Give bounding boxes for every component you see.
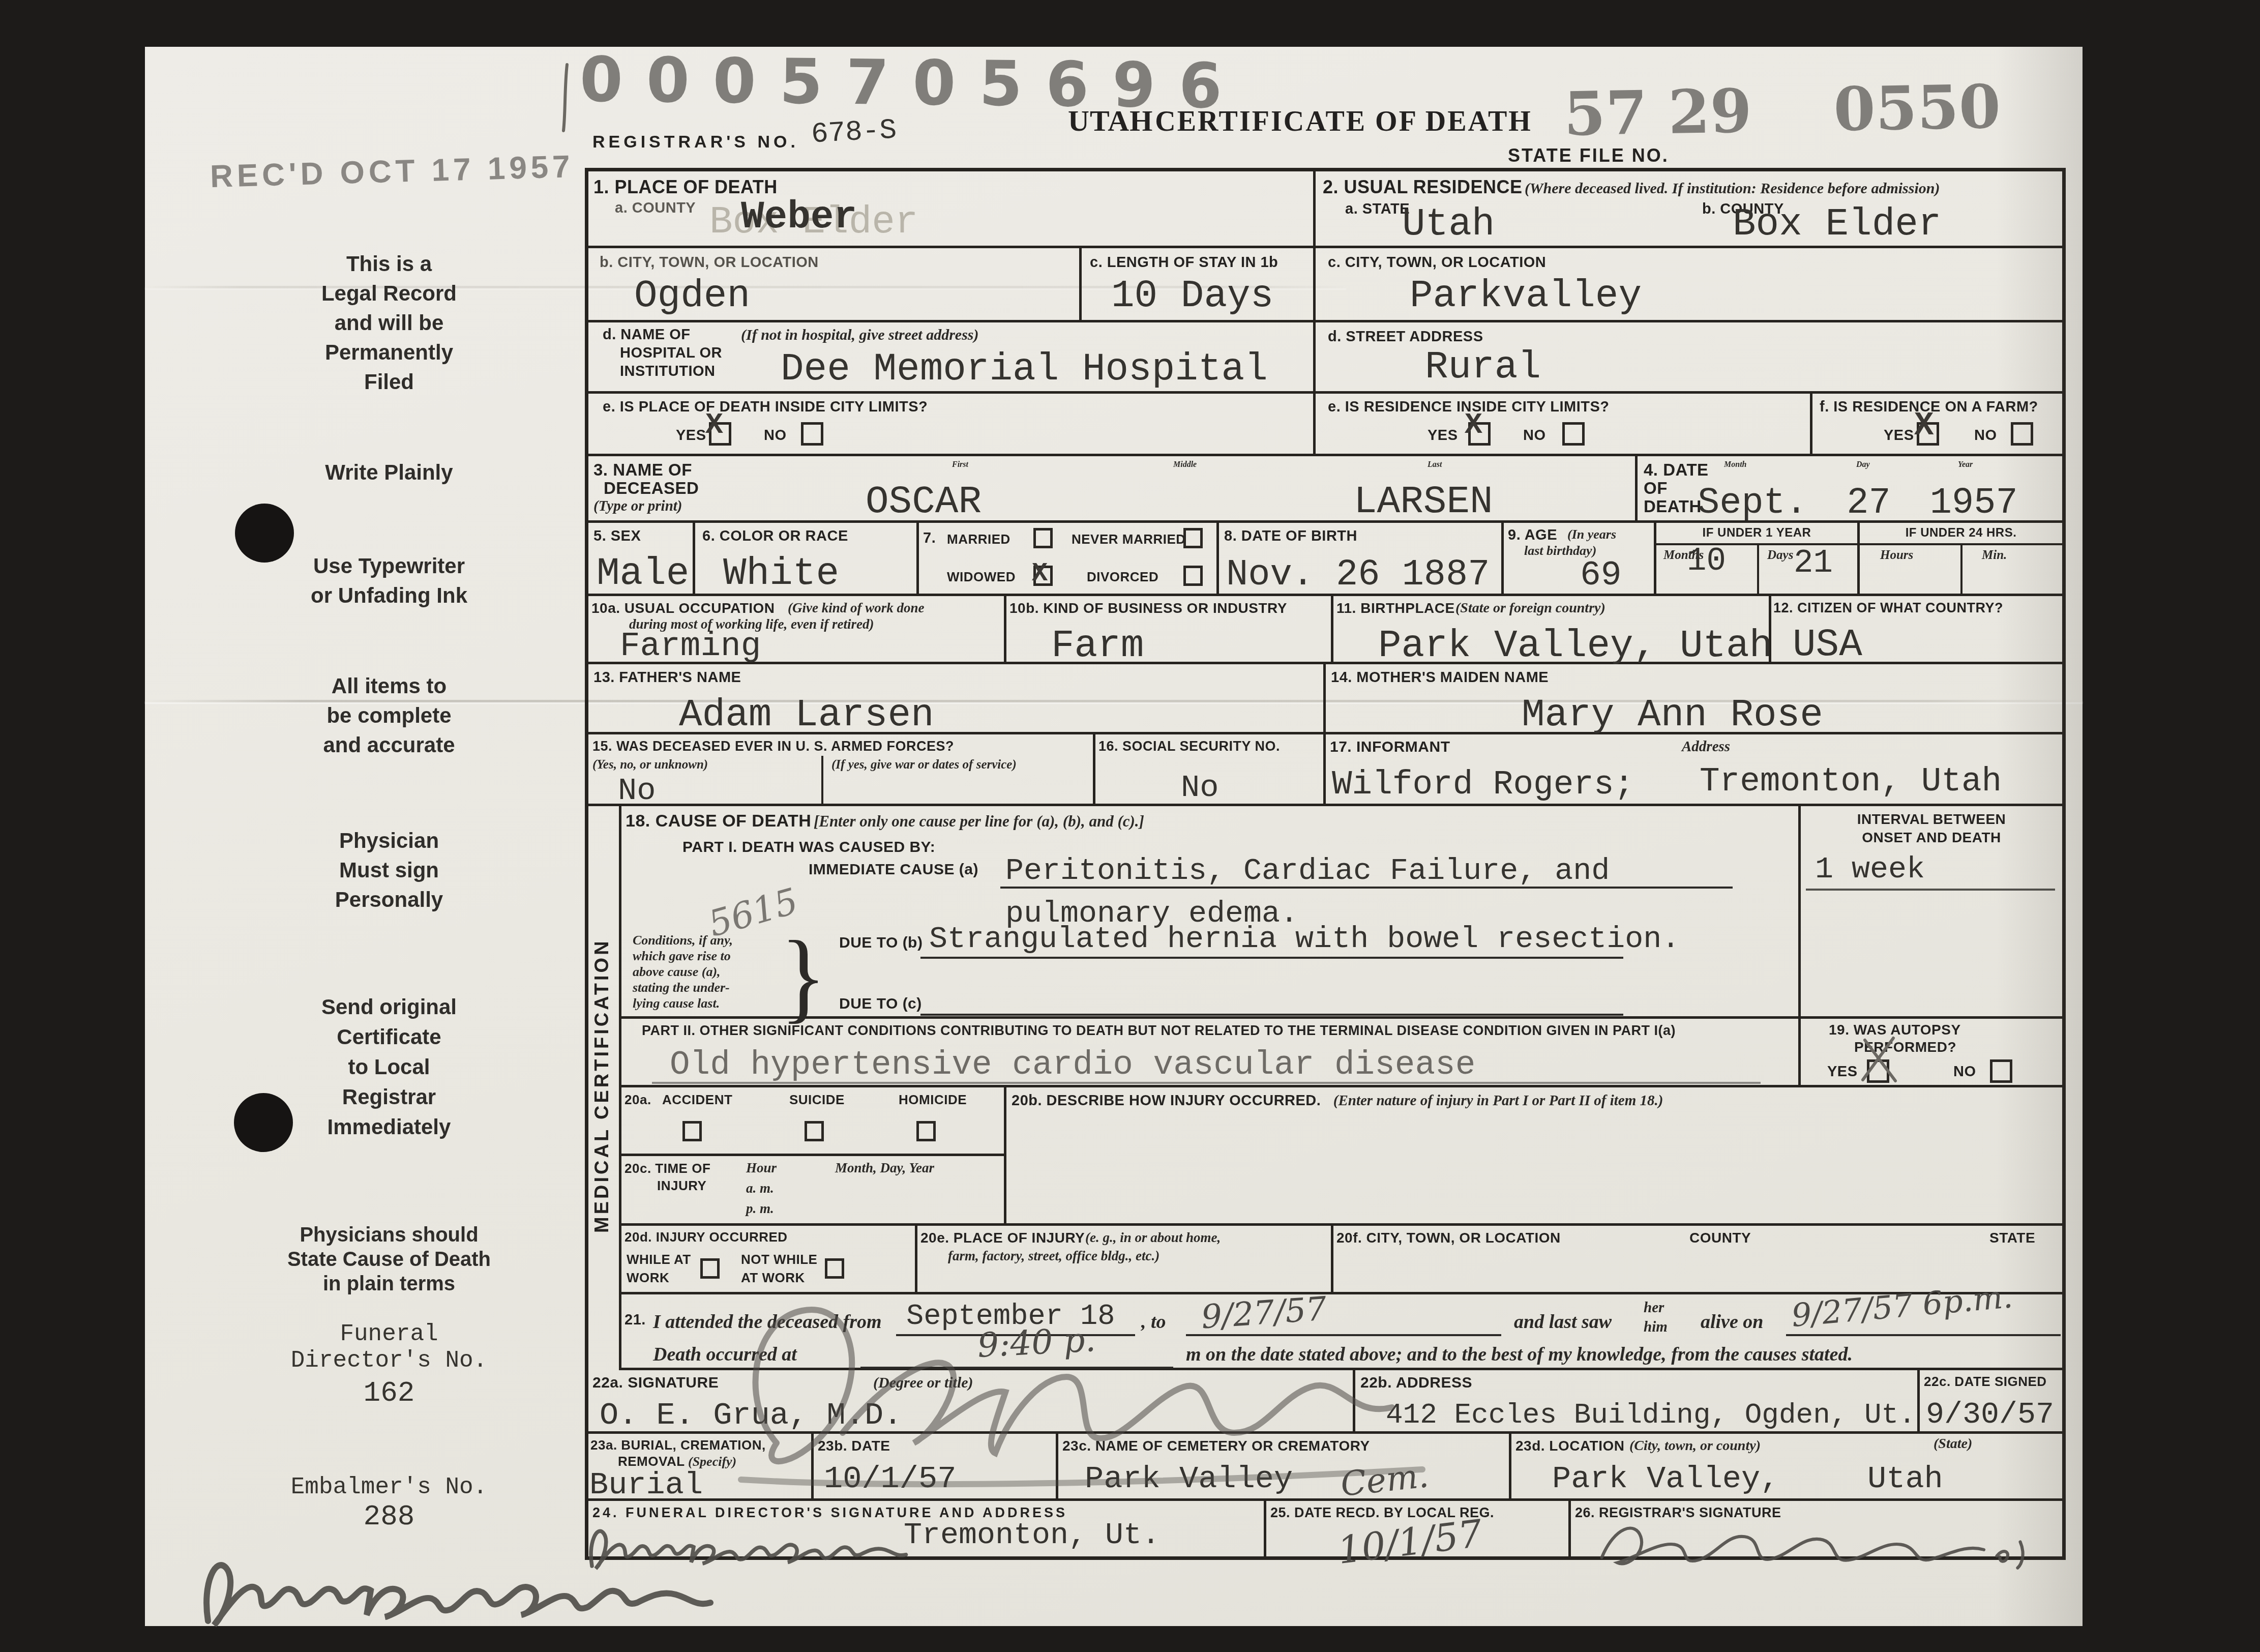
field-2-title-hint: (Where deceased lived. If institution: R…: [1525, 180, 1940, 197]
cell-1c-length-of-stay: c. LENGTH OF STAY IN 1b 10 Days: [1082, 248, 1316, 322]
checkbox-homicide: [916, 1121, 936, 1141]
cell-17-informant: 17. INFORMANT Address Wilford Rogers; Tr…: [1326, 734, 2062, 806]
cell-25-date-received: 25. DATE RECD. BY LOCAL REG. 10/1/57: [1266, 1501, 1571, 1556]
field-1a-county-value: Weber: [741, 198, 857, 237]
field-21-text4: Death occurred at: [653, 1343, 797, 1366]
cell-19-autopsy: 19. WAS AUTOPSY PERFORMED? YES NO: [1801, 1019, 2062, 1087]
first-column-label: First: [952, 460, 968, 469]
cell-8-date-of-birth: 8. DATE OF BIRTH Nov. 26 1887: [1219, 523, 1504, 596]
scanned-death-certificate: 0005705696 REGISTRAR'S NO. 678-S UTAH CE…: [0, 0, 2260, 1652]
state-file-no-label: STATE FILE NO.: [1508, 145, 1669, 166]
field-17-name-value: Wilford Rogers;: [1332, 768, 1634, 802]
field-11-label: 11. BIRTHPLACE: [1336, 600, 1455, 616]
cell-13-father-name: 13. FATHER'S NAME Adam Larsen: [588, 664, 1326, 734]
underline: [920, 957, 1623, 959]
field-9-label: 9. AGE: [1508, 527, 1557, 544]
while-at-label: WHILE AT: [627, 1252, 691, 1267]
cell-23a-burial: 23a. BURIAL, CREMATION, REMOVAL (Specify…: [588, 1434, 814, 1501]
cell-22b-address: 22b. ADDRESS 412 Eccles Building, Ogden,…: [1355, 1370, 1920, 1434]
registrar-signature-text: Arley Flanders L. L. (signature): [1571, 1501, 1571, 1501]
field-22b-value: 412 Eccles Building, Ogden, Ut.: [1386, 1401, 1916, 1429]
field-7-num: 7.: [923, 530, 936, 547]
field-23d-label: 23d. LOCATION: [1515, 1438, 1624, 1454]
divider: [1960, 543, 1962, 594]
margin-line: Must sign: [193, 855, 585, 885]
registrar-signature-strokes: [1586, 1508, 2054, 1576]
field-16-label: 16. SOCIAL SECURITY NO.: [1098, 739, 1280, 754]
registrar-no-value: 678-S: [811, 116, 898, 149]
no-label: NO: [1974, 427, 1997, 444]
field-1-title: 1. PLACE OF DEATH: [593, 176, 778, 197]
margin-line: and accurate: [193, 730, 585, 760]
checkbox-not-while-at-work: [825, 1258, 844, 1279]
field-2c-value: Parkvalley: [1410, 277, 1642, 315]
field-10b-value: Farm: [1051, 627, 1144, 665]
field-15-label: 15. WAS DECEASED EVER IN U. S. ARMED FOR…: [592, 739, 954, 754]
margin-line: and will be: [193, 308, 585, 338]
cell-1-place-of-death: 1. PLACE OF DEATH a. COUNTY Box Elder We…: [588, 171, 1316, 248]
margin-line: All items to: [193, 671, 585, 701]
field-20e-label: 20e. PLACE OF INJURY: [920, 1230, 1085, 1246]
cell-15-armed-forces: 15. WAS DECEASED EVER IN U. S. ARMED FOR…: [588, 734, 1095, 806]
field-2b-county-value: Box Elder: [1733, 205, 1941, 244]
field-15-value: No: [618, 775, 656, 807]
cell-12-citizenship: 12. CITIZEN OF WHAT COUNTRY? USA: [1771, 596, 2062, 664]
underline: [652, 1082, 1761, 1084]
field-1d-hint: (If not in hospital, give street address…: [741, 327, 979, 344]
cell-23c-cemetery: 23c. NAME OF CEMETERY OR CREMATORY Park …: [1058, 1434, 1511, 1501]
field-3-first-value: OSCAR: [866, 483, 982, 521]
underline: [1000, 887, 1733, 889]
field-20c-label2: INJURY: [657, 1178, 706, 1194]
field-23d-hint: (City, town, or county): [1629, 1438, 1761, 1454]
checkbox-2e-no: [1562, 422, 1585, 446]
field-21-text2: and last saw: [1514, 1311, 1612, 1333]
margin-line: or Unfading Ink: [193, 581, 585, 610]
pencil-tick: [549, 62, 585, 133]
margin-line: Registrar: [193, 1082, 585, 1112]
field-3-last-value: LARSEN: [1354, 483, 1493, 521]
field-21-text1: I attended the deceased from: [653, 1311, 882, 1333]
margin-line: Embalmer's No.: [193, 1474, 585, 1500]
cell-18-interval: INTERVAL BETWEEN ONSET AND DEATH 1 week: [1801, 806, 2062, 1019]
cell-20c-time-of-injury: 20c. TIME OF INJURY Hour a. m. p. m. Mon…: [621, 1156, 1006, 1226]
under-24-hrs-label: IF UNDER 24 HRS.: [1860, 526, 2062, 540]
margin-line: to Local: [193, 1052, 585, 1082]
state-file-number-stamp: 57 29 0550: [1563, 71, 2001, 150]
cell-22c-date-signed: 22c. DATE SIGNED 9/30/57: [1920, 1370, 2062, 1434]
field-21-num: 21.: [625, 1312, 646, 1329]
field-1c-label: c. LENGTH OF STAY IN 1b: [1090, 254, 1278, 271]
margin-note-write-plainly: Write Plainly: [193, 458, 585, 487]
conditions-line: which gave rise to: [633, 948, 733, 964]
field-4-label2: OF: [1644, 479, 1668, 498]
conditions-line: Conditions, if any,: [633, 932, 733, 948]
cell-3-name-of-deceased: 3. NAME OF DECEASED (Type or print) Firs…: [588, 456, 1638, 523]
at-work-label: AT WORK: [741, 1271, 805, 1286]
field-23d-value2: Utah: [1867, 1463, 1943, 1495]
conditions-line: above cause (a),: [633, 964, 733, 980]
margin-line: Personally: [193, 885, 585, 914]
cell-26-registrar-signature: 26. REGISTRAR'S SIGNATURE Arley Flanders…: [1571, 1501, 2062, 1556]
degree-or-title-hint: (Degree or title): [873, 1374, 973, 1392]
received-date-stamp: REC'D OCT 17 1957: [210, 149, 575, 195]
funeral-director-no-value: 162: [193, 1380, 585, 1406]
field-18-label: 18. CAUSE OF DEATH: [626, 811, 811, 831]
certificate-form: 1. PLACE OF DEATH a. COUNTY Box Elder We…: [585, 168, 2066, 1560]
cell-2d-street: d. STREET ADDRESS Rural: [1316, 322, 2062, 394]
county-label: COUNTY: [1689, 1230, 1751, 1246]
attended-to-value: 9/27/57: [1200, 1290, 1328, 1336]
cell-23b-date: 23b. DATE 10/1/57: [814, 1434, 1058, 1501]
field-1d-label3: INSTITUTION: [620, 363, 716, 380]
margin-line: Permanently: [193, 338, 585, 367]
field-23b-label: 23b. DATE: [818, 1438, 890, 1454]
field-20d-label: 20d. INJURY OCCURRED: [625, 1230, 788, 1245]
embalmer-no: Embalmer's No. 288: [193, 1474, 585, 1530]
part1-label: PART I. DEATH WAS CAUSED BY:: [682, 839, 935, 857]
cause-a-line1: Peritonitis, Cardiac Failure, and: [1005, 856, 1610, 887]
cell-16-social-security: 16. SOCIAL SECURITY NO. No: [1095, 734, 1326, 806]
cell-if-under-1-year: IF UNDER 1 YEAR Months Days 10 21: [1656, 523, 1860, 596]
field-17-address-label: Address: [1682, 739, 1730, 755]
margin-note-cause: Physicians should State Cause of Death i…: [193, 1223, 585, 1296]
margin-line: Write Plainly: [193, 458, 585, 487]
checkbox-suicide: [805, 1121, 824, 1141]
field-1b-city-value: Ogden: [634, 277, 750, 315]
field-16-value: No: [1181, 772, 1218, 804]
field-20f-label: 20f. CITY, TOWN, OR LOCATION: [1336, 1230, 1561, 1246]
field-21-text3: alive on: [1701, 1311, 1763, 1333]
part2-label: PART II. OTHER SIGNIFICANT CONDITIONS CO…: [642, 1023, 1781, 1039]
her-label: her: [1644, 1300, 1664, 1316]
field-2d-value: Rural: [1425, 348, 1541, 387]
cell-1b-city: b. CITY, TOWN, OR LOCATION Ogden: [588, 248, 1082, 322]
margin-line: in plain terms: [193, 1272, 585, 1296]
field-2d-label: d. STREET ADDRESS: [1328, 329, 1483, 345]
medical-certification-strip: MEDICAL CERTIFICATION: [588, 806, 621, 1370]
file-stamp-part2: 0550: [1833, 71, 2001, 145]
underline: [860, 1367, 1173, 1369]
field-20e-hint2: farm, factory, street, office bldg., etc…: [948, 1248, 1159, 1264]
never-married-label: NEVER MARRIED: [1072, 532, 1186, 547]
field-22a-label: 22a. SIGNATURE: [592, 1374, 719, 1392]
margin-line: Physicians should: [193, 1223, 585, 1247]
middle-column-label: Middle: [1173, 460, 1197, 469]
cell-2e-city-limits: e. IS RESIDENCE INSIDE CITY LIMITS? YES …: [1316, 394, 1812, 456]
field-8-value: Nov. 26 1887: [1226, 556, 1490, 593]
checkbox-widowed-mark: X: [1032, 558, 1048, 588]
widowed-label: WIDOWED: [947, 570, 1016, 585]
yes-label: YES: [1884, 427, 1914, 444]
interval-label1: INTERVAL BETWEEN: [1801, 811, 2062, 828]
cell-22a-signature: 22a. SIGNATURE (Degree or title) O. E. G…: [588, 1370, 1355, 1434]
cell-part2-conditions: PART II. OTHER SIGNIFICANT CONDITIONS CO…: [621, 1019, 1801, 1087]
field-14-label: 14. MOTHER'S MAIDEN NAME: [1331, 669, 1549, 686]
interval-label2: ONSET AND DEATH: [1801, 830, 2062, 846]
min-label: Min.: [1982, 548, 2007, 563]
field-10a-value: Farming: [620, 630, 761, 663]
title-main: CERTIFICATE OF DEATH: [1155, 106, 1532, 137]
cell-2f-farm: f. IS RESIDENCE ON A FARM? YES X NO: [1812, 394, 2062, 456]
cell-21-attendance: 21. I attended the deceased from Septemb…: [621, 1294, 2062, 1370]
under-1-year-label: IF UNDER 1 YEAR: [1656, 526, 1857, 540]
cell-20a-manner: 20a. ACCIDENT SUICIDE HOMICIDE: [621, 1087, 1006, 1156]
field-2-title: 2. USUAL RESIDENCE: [1323, 176, 1522, 197]
field-23c-label: 23c. NAME OF CEMETERY OR CREMATORY: [1062, 1438, 1370, 1454]
cell-24-funeral-director: 24. FUNERAL DIRECTOR'S SIGNATURE AND ADD…: [588, 1501, 1266, 1556]
field-3-label3: (Type or print): [593, 498, 682, 515]
death-time-value: 9:40 p.: [976, 1320, 1096, 1365]
field-2a-state-value: Utah: [1402, 205, 1495, 244]
field-23d-value1: Park Valley,: [1552, 1463, 1779, 1495]
field-23a-label1: 23a. BURIAL, CREMATION,: [590, 1438, 766, 1453]
field-10a-label: 10a. USUAL OCCUPATION: [591, 600, 775, 616]
cell-2-usual-residence: 2. USUAL RESIDENCE (Where deceased lived…: [1316, 171, 2062, 248]
field-4-label1: 4. DATE: [1644, 460, 1709, 480]
days-label: Days: [1767, 548, 1793, 563]
field-3-label2: DECEASED: [604, 479, 699, 498]
underline: [920, 1014, 1623, 1016]
margin-line: Physician: [193, 826, 585, 855]
field-17-label: 17. INFORMANT: [1330, 739, 1450, 756]
field-22c-value: 9/30/57: [1926, 1400, 2054, 1430]
medical-certification-label: MEDICAL CERTIFICATION: [591, 816, 613, 1355]
cell-1d-hospital: d. NAME OF HOSPITAL OR INSTITUTION (If n…: [588, 322, 1316, 394]
cell-20b-describe-injury: 20b. DESCRIBE HOW INJURY OCCURRED. (Ente…: [1006, 1087, 2062, 1226]
cell-11-birthplace: 11. BIRTHPLACE (State or foreign country…: [1333, 596, 1771, 664]
field-22c-label: 22c. DATE SIGNED: [1924, 1374, 2047, 1390]
margin-note-physician-sign: Physician Must sign Personally: [193, 826, 585, 914]
title-state: UTAH: [1068, 104, 1153, 137]
field-6-label: 6. COLOR OR RACE: [702, 528, 848, 545]
certificate-title: UTAH CERTIFICATE OF DEATH: [1068, 104, 1532, 138]
checkbox-divorced: [1183, 566, 1203, 586]
field-6-value: White: [723, 554, 839, 593]
margin-line: Immediately: [193, 1112, 585, 1142]
cell-23d-location: 23d. LOCATION (City, town, or county) (S…: [1511, 1434, 2062, 1501]
margin-line: Use Typewriter: [193, 551, 585, 581]
field-20b-label: 20b. DESCRIBE HOW INJURY OCCURRED.: [1012, 1093, 1321, 1109]
yes-label: YES: [1827, 1064, 1858, 1080]
hour-label: Hour: [746, 1160, 777, 1176]
conditions-line: lying cause last.: [633, 995, 733, 1011]
registrar-no-label: REGISTRAR'S NO.: [592, 132, 799, 152]
margin-line: Certificate: [193, 1022, 585, 1052]
field-9-value: 69: [1580, 558, 1622, 593]
pm-label: p. m.: [746, 1201, 774, 1217]
margin-note-legal-record: This is a Legal Record and will be Perma…: [193, 249, 585, 397]
field-12-value: USA: [1793, 626, 1862, 664]
months-value: 10: [1687, 545, 1726, 578]
field-11-hint: (State or foreign country): [1455, 600, 1605, 616]
checkbox-accident: [682, 1121, 702, 1141]
field-22b-label: 22b. ADDRESS: [1360, 1374, 1472, 1392]
field-21-text5: m on the date stated above; and to the b…: [1186, 1343, 1853, 1366]
field-20e-hint1: (e. g., in or about home,: [1085, 1230, 1221, 1246]
underline: [1786, 1334, 2061, 1336]
field-20b-hint: (Enter nature of injury in Part I or Par…: [1333, 1093, 1663, 1109]
margin-note-typewriter: Use Typewriter or Unfading Ink: [193, 551, 585, 610]
am-label: a. m.: [746, 1181, 774, 1196]
yes-label: YES: [1428, 427, 1458, 444]
field-2c-label: c. CITY, TOWN, OR LOCATION: [1328, 254, 1546, 271]
margin-line: Legal Record: [193, 279, 585, 308]
cell-9-age: 9. AGE (In years last birthday) 69: [1504, 523, 1656, 596]
field-14-value: Mary Ann Rose: [1522, 696, 1823, 734]
field-1c-value: 10 Days: [1111, 277, 1273, 315]
embalmer-no-value: 288: [193, 1503, 585, 1530]
cell-7-marital-status: 7. MARRIED NEVER MARRIED WIDOWED X DIVOR…: [919, 523, 1219, 596]
checkbox-19-yes-pencil-mark: [1858, 1034, 1904, 1085]
funeral-director-no: Funeral Director's No. 162: [193, 1321, 585, 1406]
divider: [1757, 543, 1759, 594]
margin-line: Send original: [193, 992, 585, 1022]
field-20a-num: 20a.: [625, 1093, 651, 1108]
field-3-label1: 3. NAME OF: [593, 460, 692, 480]
married-label: MARRIED: [947, 532, 1010, 547]
checkbox-19-no: [1990, 1059, 2012, 1083]
conditions-note: Conditions, if any, which gave rise to a…: [633, 932, 733, 1011]
margin-line: State Cause of Death: [193, 1247, 585, 1272]
field-5-label: 5. SEX: [593, 528, 641, 545]
field-23a-value: Burial: [589, 1469, 703, 1501]
state-label: STATE: [1989, 1230, 2035, 1246]
field-10b-label: 10b. KIND OF BUSINESS OR INDUSTRY: [1009, 600, 1287, 616]
certificate-paper: 0005705696 REGISTRAR'S NO. 678-S UTAH CE…: [145, 47, 2083, 1626]
margin-line: be complete: [193, 701, 585, 730]
field-15-hint2: (If yes, give war or dates of service): [831, 758, 1017, 772]
accident-label: ACCIDENT: [662, 1093, 732, 1108]
field-17-address-value: Tremonton, Utah: [1700, 765, 2002, 799]
last-column-label: Last: [1428, 460, 1442, 469]
cell-5-sex: 5. SEX Male: [588, 523, 695, 596]
part2-value: Old hypertensive cardio vascular disease: [670, 1048, 1475, 1082]
due-to-c-label: DUE TO (c): [839, 995, 922, 1013]
field-4-value: Sept. 27 1957: [1698, 485, 2018, 521]
field-8-label: 8. DATE OF BIRTH: [1224, 528, 1357, 545]
field-11-value: Park Valley, Utah: [1378, 627, 1772, 665]
field-23c-value: Park Valley: [1085, 1463, 1293, 1495]
field-15-hint1: (Yes, no, or unknown): [592, 758, 708, 772]
physician-name-value: O. E. Grua, M.D.: [600, 1400, 902, 1431]
homicide-label: HOMICIDE: [899, 1093, 967, 1108]
work-label: WORK: [627, 1271, 669, 1286]
cell-20e-place-of-injury: 20e. PLACE OF INJURY (e. g., in or about…: [917, 1226, 1333, 1294]
field-1d-label2: HOSPITAL OR: [620, 345, 722, 362]
hours-label: Hours: [1880, 548, 1913, 563]
month-day-year-label: Month, Day, Year: [835, 1160, 934, 1176]
checkbox-married: [1033, 528, 1053, 548]
conditions-line: stating the under-: [633, 980, 733, 995]
cell-2c-city: c. CITY, TOWN, OR LOCATION Parkvalley: [1316, 248, 2062, 322]
field-20c-label1: 20c. TIME OF: [625, 1161, 710, 1176]
no-label: NO: [1953, 1064, 1976, 1080]
checkbox-1e-yes-mark: X: [705, 409, 723, 442]
field-18-bracket: [Enter only one cause per line for (a), …: [814, 812, 1144, 830]
field-12-label: 12. CITIZEN OF WHAT COUNTRY?: [1773, 600, 2003, 616]
field-10a-hint1: (Give kind of work done: [788, 600, 924, 616]
checkbox-2e-yes-mark: X: [1465, 409, 1482, 442]
cell-if-under-24-hrs: IF UNDER 24 HRS. Hours Min.: [1860, 523, 2062, 596]
checkbox-while-at-work: [700, 1258, 720, 1279]
margin-line: Director's No.: [193, 1347, 585, 1374]
brace: }: [780, 919, 826, 1035]
cause-b-value: Strangulated hernia with bowel resection…: [929, 924, 1680, 955]
checkbox-2f-yes-mark: X: [1914, 408, 1934, 445]
checkbox-1e-no: [801, 422, 823, 446]
divider: [821, 756, 823, 804]
field-21-to-label: , to: [1141, 1311, 1166, 1333]
margin-note-send-original: Send original Certificate to Local Regis…: [193, 992, 585, 1142]
cell-18-cause-of-death: 18. CAUSE OF DEATH [Enter only one cause…: [621, 806, 1801, 1019]
days-value: 21: [1794, 547, 1833, 580]
funeral-director-signature-strokes: [584, 1515, 915, 1581]
field-23b-value: 10/1/57: [824, 1463, 956, 1495]
checkbox-never-married: [1183, 528, 1203, 548]
immediate-cause-label: IMMEDIATE CAUSE (a): [809, 861, 978, 879]
funeral-director-signature-text: Wilford Rogers (signature): [588, 1501, 589, 1501]
field-9-hint1: (In years: [1567, 527, 1616, 542]
year-label: Year: [1958, 460, 1973, 469]
day-label: Day: [1856, 460, 1870, 469]
file-stamp-part1: 57 29: [1563, 75, 1752, 149]
margin-line: Funeral: [193, 1321, 585, 1347]
field-4-label3: DEATH: [1644, 497, 1702, 516]
field-1e-label: e. IS PLACE OF DEATH INSIDE CITY LIMITS?: [603, 399, 928, 416]
cell-10a-occupation: 10a. USUAL OCCUPATION (Give kind of work…: [588, 596, 1006, 664]
field-13-value: Adam Larsen: [679, 696, 934, 734]
cell-4-date-of-death: 4. DATE OF DEATH Month Day Year Sept. 27…: [1638, 456, 2062, 523]
field-23d-state-hint: (State): [1934, 1436, 1972, 1452]
field-13-label: 13. FATHER'S NAME: [593, 669, 741, 686]
suicide-label: SUICIDE: [789, 1093, 845, 1108]
month-label: Month: [1724, 460, 1746, 469]
field-1d-label1: d. NAME OF: [603, 327, 691, 343]
margin-line: Filed: [193, 367, 585, 397]
interval-value: 1 week: [1815, 854, 1925, 885]
cell-20d-injury-occurred: 20d. INJURY OCCURRED WHILE AT WORK NOT W…: [621, 1226, 917, 1294]
cell-10b-industry: 10b. KIND OF BUSINESS OR INDUSTRY Farm: [1006, 596, 1333, 664]
cell-6-color-or-race: 6. COLOR OR RACE White: [695, 523, 919, 596]
underline: [1806, 889, 2055, 891]
not-while-label: NOT WHILE: [741, 1252, 817, 1267]
him-label: him: [1644, 1319, 1668, 1336]
field-2a-label: a. STATE: [1345, 201, 1410, 218]
cell-14-mother-maiden-name: 14. MOTHER'S MAIDEN NAME Mary Ann Rose: [1326, 664, 2062, 734]
no-label: NO: [1523, 427, 1546, 444]
field-24-address-value: Tremonton, Ut.: [904, 1520, 1160, 1551]
checkbox-2f-no: [2011, 422, 2033, 446]
cell-1e-city-limits: e. IS PLACE OF DEATH INSIDE CITY LIMITS?…: [588, 394, 1316, 456]
due-to-b-label: DUE TO (b): [839, 934, 923, 952]
field-1a-label: a. COUNTY: [615, 200, 696, 217]
field-1b-label: b. CITY, TOWN, OR LOCATION: [600, 254, 819, 271]
margin-note-complete: All items to be complete and accurate: [193, 671, 585, 760]
margin-line: This is a: [193, 249, 585, 279]
field-1d-hospital-value: Dee Memorial Hospital: [781, 350, 1268, 389]
physician-signature-text: O. E. Grua (signature): [588, 1370, 589, 1371]
field-23c-hand-value: Cem.: [1339, 1456, 1430, 1504]
field-5-value: Male: [597, 554, 689, 593]
divorced-label: DIVORCED: [1087, 570, 1158, 585]
underline: [1186, 1334, 1501, 1336]
no-label: NO: [764, 427, 787, 444]
yes-label: YES: [676, 427, 706, 444]
